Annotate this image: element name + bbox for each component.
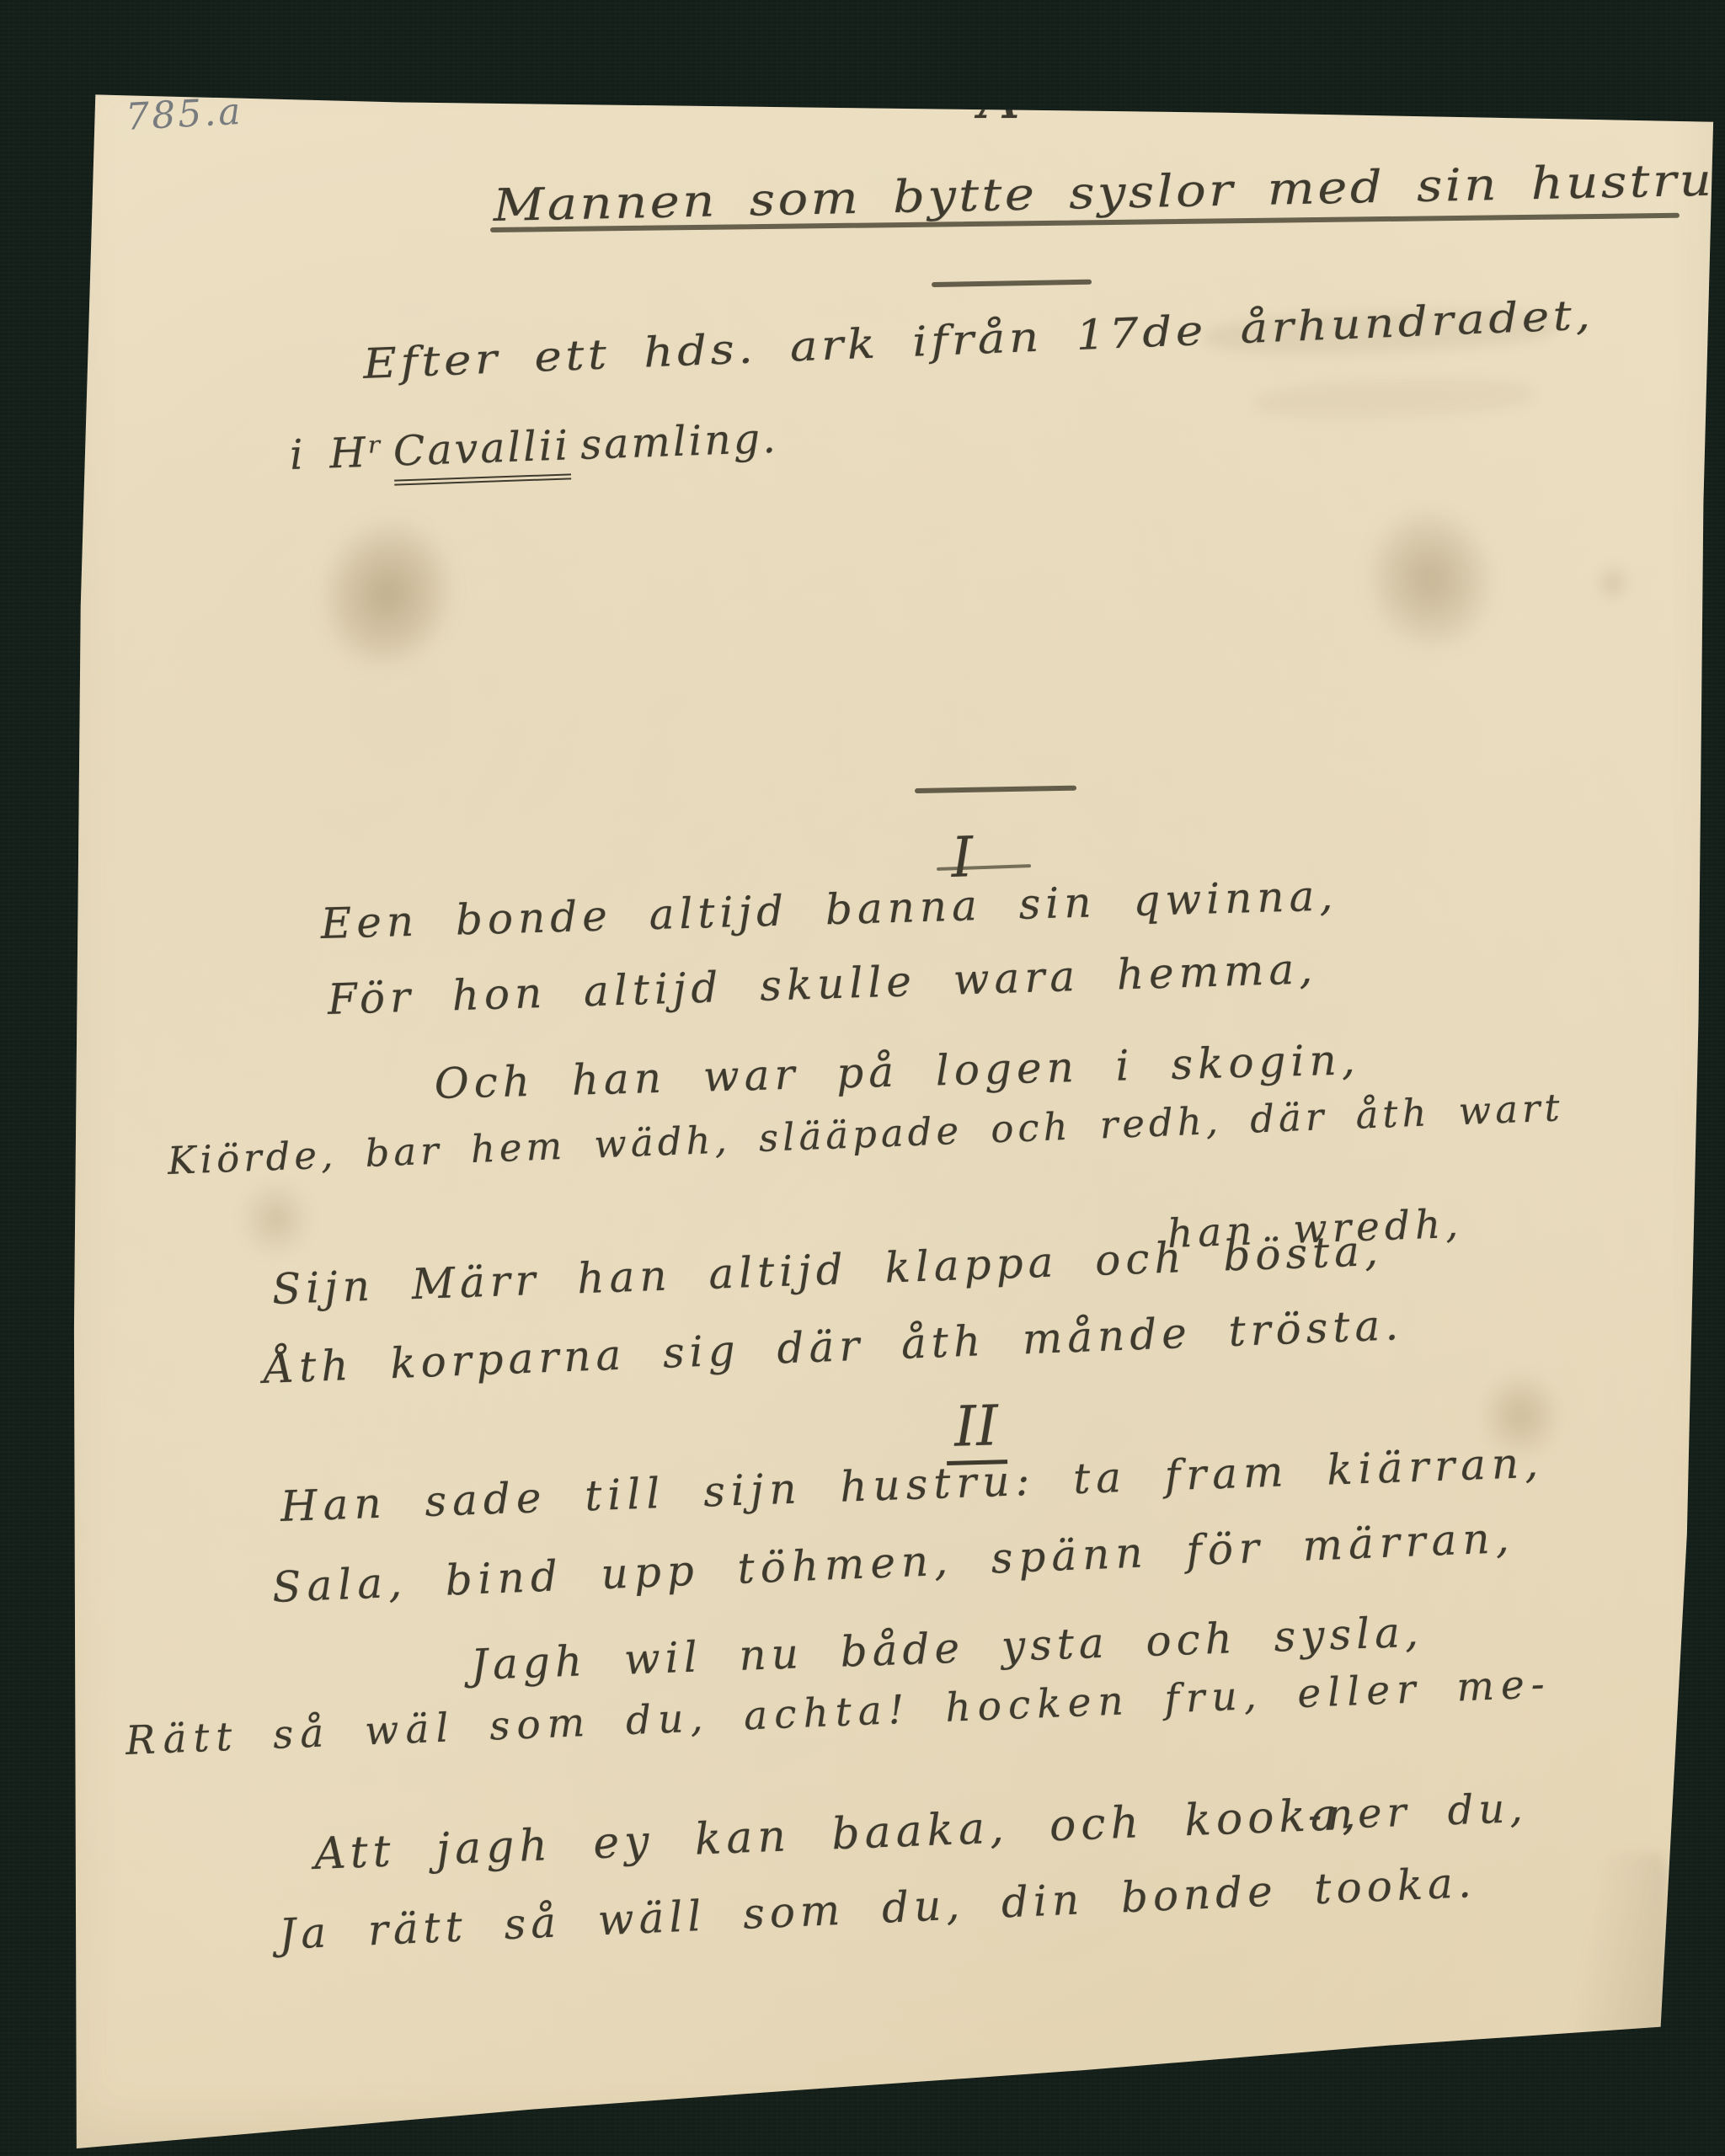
- section-divider-rule: [915, 786, 1076, 793]
- manuscript-paper: 785.a A Mannen som bytte syslor med sin …: [72, 91, 1717, 2153]
- stanza-2-line-1: Han sade till sijn hustru: ta fram kiärr…: [280, 1438, 1545, 1531]
- stanza-1-line-7: Åth korparna sig där åth månde trösta.: [263, 1300, 1404, 1393]
- section-heading-1: I: [950, 825, 975, 890]
- stain-left-margin: [227, 1166, 324, 1272]
- stanza-2-line-6: Att jagh ey kan baaka, och kooka,: [313, 1789, 1361, 1880]
- title-divider-rule: [932, 280, 1092, 287]
- stanza-1-line-2: För hon altijd skulle wara hemma,: [327, 944, 1318, 1024]
- stanza-2-line-2: Sala, bind upp töhmen, spänn för märran,: [271, 1513, 1515, 1612]
- source-note-line2-suffix: samling.: [579, 414, 779, 469]
- stanza-1-line-1: Een bonde altijd banna sin qwinna,: [320, 871, 1338, 948]
- source-note-line2: i HʳCavalliisamling.: [289, 414, 779, 479]
- section-heading-2: II: [945, 1393, 1007, 1465]
- stain-right-edge-small: [1588, 556, 1638, 611]
- ink-stain-top-right: [1331, 471, 1530, 686]
- stanza-1-line-6: Sijn Märr han altijd klappa och bösta,: [271, 1226, 1384, 1314]
- source-note-line1: Efter ett hds. ark ifrån 17de århundrade…: [362, 291, 1594, 388]
- collection-name: Cavallii: [393, 421, 572, 485]
- photograph-background: { "manuscript": { "archive_number": "785…: [0, 0, 1725, 2156]
- variant-letter: A: [979, 66, 1020, 132]
- fold-shadow-bottom-right: [1558, 1853, 1668, 2034]
- ink-stain-top-left: [276, 473, 499, 714]
- show-through-smudge-2: [1254, 376, 1533, 420]
- source-note-line2-prefix: i Hʳ: [289, 428, 386, 479]
- stanza-1-line-4: Kiörde, bar hem wädh, slääpade och redh,…: [167, 1085, 1564, 1183]
- archive-number: 785.a: [125, 90, 244, 139]
